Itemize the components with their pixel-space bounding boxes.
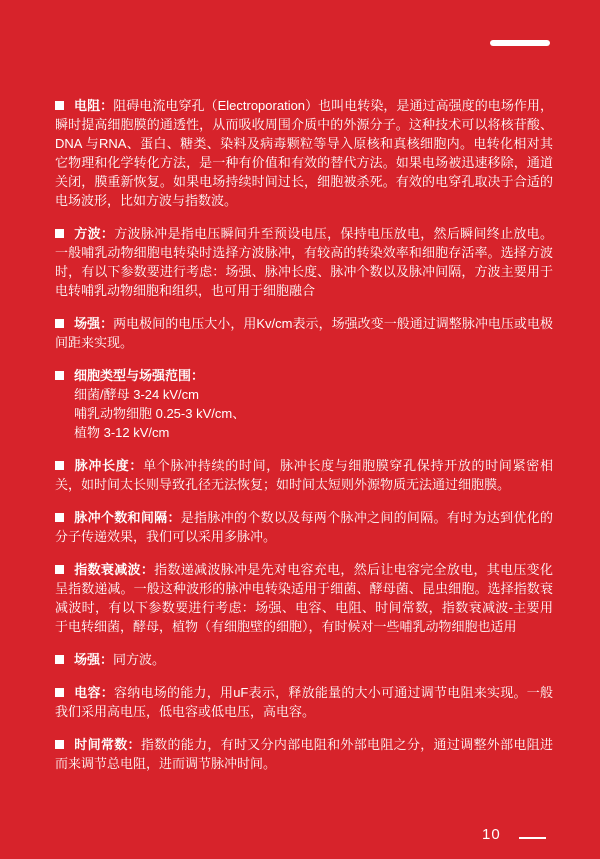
section-sub-list: 细菌/酵母 3-24 kV/cm哺乳动物细胞 0.25-3 kV/cm、植物 3… (55, 385, 553, 442)
page-number: 10 (482, 826, 501, 843)
section-text: 两电极间的电压大小，用Kv/cm表示，场强改变一般通过调整脉冲电压或电极间距来实… (55, 316, 553, 350)
bullet-square-icon (55, 229, 64, 238)
bullet-square-icon (55, 101, 64, 110)
section-label: 场强： (74, 652, 113, 667)
section-label: 脉冲长度： (74, 458, 143, 473)
content-section: 场强：两电极间的电压大小，用Kv/cm表示，场强改变一般通过调整脉冲电压或电极间… (55, 314, 553, 352)
header-dash-decoration (490, 40, 550, 46)
section-label: 电阻： (74, 98, 113, 113)
content-section: 脉冲个数和间隔：是指脉冲的个数以及每两个脉冲之间的间隔。有时为达到优化的分子传递… (55, 508, 553, 546)
content-section: 细胞类型与场强范围：细菌/酵母 3-24 kV/cm哺乳动物细胞 0.25-3 … (55, 366, 553, 442)
bullet-square-icon (55, 371, 64, 380)
list-item: 哺乳动物细胞 0.25-3 kV/cm、 (74, 404, 553, 423)
section-label: 方波： (74, 226, 114, 241)
section-text: 容纳电场的能力，用uF表示，释放能量的大小可通过调节电阻来实现。一般我们采用高电… (55, 685, 553, 719)
section-text: 阻碍电流电穿孔（Electroporation）也叫电转染，是通过高强度的电场作… (55, 98, 553, 208)
bullet-square-icon (55, 461, 64, 470)
section-label: 细胞类型与场强范围： (74, 368, 204, 383)
content-section: 指数衰减波：指数递减波脉冲是先对电容充电，然后让电容完全放电，其电压变化呈指数递… (55, 560, 553, 636)
section-label: 场强： (74, 316, 113, 331)
content-section: 场强：同方波。 (55, 650, 553, 669)
footer-dash-decoration (519, 837, 546, 839)
document-page: 电阻：阻碍电流电穿孔（Electroporation）也叫电转染，是通过高强度的… (0, 0, 600, 859)
section-text: 方波脉冲是指电压瞬间升至预设电压，保持电压放电，然后瞬间终止放电。一般哺乳动物细… (55, 226, 553, 298)
section-label: 电容： (74, 685, 114, 700)
bullet-square-icon (55, 740, 64, 749)
bullet-square-icon (55, 319, 64, 328)
section-label: 时间常数： (74, 737, 141, 752)
bullet-square-icon (55, 655, 64, 664)
content-section: 脉冲长度：单个脉冲持续的时间，脉冲长度与细胞膜穿孔保持开放的时间紧密相关，如时间… (55, 456, 553, 494)
list-item: 植物 3-12 kV/cm (74, 423, 553, 442)
content-section: 时间常数：指数的能力，有时又分内部电阻和外部电阻之分，通过调整外部电阻进而来调节… (55, 735, 553, 773)
list-item: 细菌/酵母 3-24 kV/cm (74, 385, 553, 404)
content-section: 电容：容纳电场的能力，用uF表示，释放能量的大小可通过调节电阻来实现。一般我们采… (55, 683, 553, 721)
content-section: 电阻：阻碍电流电穿孔（Electroporation）也叫电转染，是通过高强度的… (55, 96, 553, 210)
section-text: 同方波。 (113, 652, 165, 667)
bullet-square-icon (55, 513, 64, 522)
bullet-square-icon (55, 688, 64, 697)
section-label: 指数衰减波： (74, 562, 154, 577)
section-label: 脉冲个数和间隔： (74, 510, 181, 525)
page-content: 电阻：阻碍电流电穿孔（Electroporation）也叫电转染，是通过高强度的… (55, 96, 553, 787)
bullet-square-icon (55, 565, 64, 574)
content-section: 方波：方波脉冲是指电压瞬间升至预设电压，保持电压放电，然后瞬间终止放电。一般哺乳… (55, 224, 553, 300)
